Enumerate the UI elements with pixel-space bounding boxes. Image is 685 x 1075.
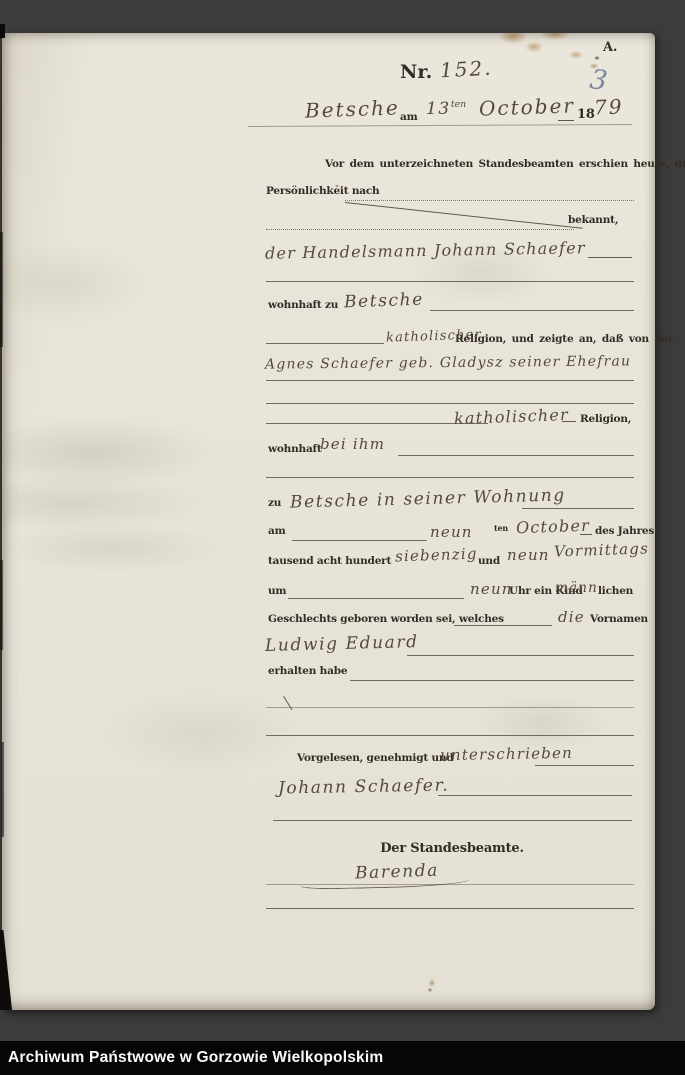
signature-flourish [300, 879, 470, 890]
declarant-residence-entry: Betsche [344, 290, 424, 313]
full-rule [266, 403, 634, 404]
fill-in-line [350, 680, 634, 681]
full-rule [266, 477, 634, 478]
um-label: um [268, 585, 286, 597]
record-number-value: 152. [439, 56, 493, 83]
archive-scan-viewer: A. 3 Nr. 152. Betsche am 13ten October 1… [0, 0, 685, 1075]
blank-rule [266, 707, 634, 708]
fill-in-line [266, 380, 634, 381]
dateline-year-written: 79 [594, 94, 624, 119]
binding-notch [0, 24, 5, 38]
vorgelesen-label: Vorgelesen, genehmigt und [297, 752, 453, 764]
archive-name: Archiwum Państwowe w Gorzowie Wielkopols… [8, 1049, 383, 1067]
fill-in-line [345, 200, 634, 201]
full-rule [266, 908, 634, 909]
full-rule [266, 281, 634, 282]
corner-letter: A. [603, 40, 617, 55]
year-tens-entry: siebenzig [395, 545, 478, 566]
registrar-title: Der Standesbeamte. [352, 841, 552, 856]
und-label: und [478, 555, 500, 567]
fill-in-line [292, 540, 427, 541]
am-label: am [268, 525, 286, 537]
erhalten-habe-label: erhalten habe [268, 665, 347, 677]
birth-day-entry: neun [430, 523, 473, 541]
declarant-signature: Johann Schaefer. [278, 776, 450, 799]
fill-in-line [398, 455, 634, 456]
archive-bar: Archiwum Państwowe w Gorzowie Wielkopols… [0, 1041, 685, 1075]
dateline-year-printed: 18 [577, 107, 595, 122]
fill-in-line [266, 229, 574, 230]
fill-in-line [430, 310, 634, 311]
intro-line: Vor dem unterzeichneten Standesbeamten e… [325, 158, 634, 170]
daytime-entry: Vormittags [554, 539, 650, 560]
fill-in-line [454, 625, 552, 626]
crossed-out-stroke [345, 202, 583, 229]
birth-record-page: A. 3 Nr. 152. Betsche am 13ten October 1… [2, 33, 655, 1010]
dateline-place: Betsche [305, 95, 401, 122]
religion1-label: Religion, und zeigte an, daß von der [455, 333, 635, 345]
record-number-label: Nr. [400, 61, 432, 83]
dateline-day: 13ten [426, 99, 451, 119]
religion2-entry: katholischer [454, 405, 569, 428]
dateline-month: October [479, 93, 576, 120]
die-entry: die [558, 608, 585, 626]
lichen-label: lichen [598, 585, 633, 597]
gender-entry: männ [555, 580, 598, 596]
fill-in-line [288, 598, 464, 599]
zu-label: zu [268, 497, 281, 509]
binding-edge [0, 560, 3, 650]
mother-residence-entry: bei ihm [320, 435, 385, 453]
wohnhaft-label: wohnhaft [268, 443, 322, 455]
binding-edge [1, 742, 4, 837]
hour-entry: neun [470, 580, 513, 598]
dateline-dash [558, 120, 574, 121]
year-ones-entry: neun [507, 546, 550, 564]
ten-label: ten [494, 523, 508, 533]
fill-in-line [535, 765, 634, 766]
fill-in-line [438, 795, 632, 796]
wohnhaft-zu-label: wohnhaft zu [268, 299, 338, 311]
dateline-rule [248, 124, 632, 127]
entry-dash [588, 257, 632, 258]
vornamen-label: Vornamen [590, 613, 648, 625]
blank-rule [266, 735, 634, 736]
mother-entry: Agnes Schaefer geb. Gladysz seiner Ehefr… [265, 353, 631, 372]
full-rule [273, 820, 632, 821]
child-name-entry: Ludwig Eduard [265, 632, 419, 656]
fill-in-line [407, 655, 634, 656]
declarant-entry: der Handelsmann Johann Schaefer [265, 238, 586, 263]
entry-dash [580, 534, 592, 535]
unterschrieben-entry: unterschrieben [440, 744, 573, 764]
persoenlichkeit-label: Persönlichkeit nach [266, 185, 380, 197]
geschlechts-label: Geschlechts geboren worden sei, welches [268, 613, 504, 625]
des-jahres-label: des Jahres [595, 525, 654, 537]
pencil-number-mark: 3 [588, 64, 609, 97]
fill-in-line [522, 508, 634, 509]
religion2-label: Religion, [580, 413, 631, 425]
dateline-am-label: am [400, 111, 418, 123]
entry-dash [562, 421, 576, 422]
binding-edge [0, 232, 3, 347]
fill-in-line [266, 343, 384, 344]
tausend-label: tausend acht hundert [268, 555, 391, 567]
bekannt-label: bekannt, [568, 214, 618, 226]
